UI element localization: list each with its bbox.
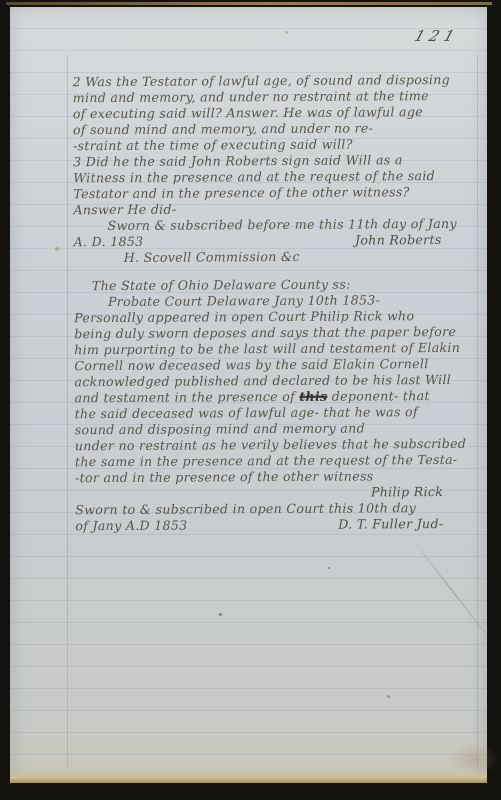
signature: Philip Rick [371,484,483,501]
paper-stain [448,742,500,776]
signature: D. T. Fuller Jud- [338,516,483,533]
line-text: Testator and in the presence of the othe… [73,184,409,202]
handwritten-line: and testament in the presence of this de… [75,388,483,406]
handwritten-line: the same in the presence and at the requ… [75,452,483,470]
line-text: 3 Did he the said John Roberts sign said… [73,152,403,170]
page-top-edge [6,2,492,5]
scanned-document-page: { "page": { "number": "121" }, "colors":… [0,0,501,800]
line-text: -tor and in the presence of the other wi… [75,468,374,486]
handwritten-line: of Jany A.D 1853D. T. Fuller Jud- [75,516,483,534]
line-text: -straint at the time of executing said w… [73,137,353,155]
handwritten-line: Philip Rick [75,484,483,502]
handwritten-line: Witness in the presence and at the reque… [73,168,481,186]
handwritten-line: H. Scovell Commission &c [74,248,482,266]
handwritten-line: A. D. 1853John Roberts [74,232,482,250]
crossed-out-word: this [299,389,327,404]
line-text: of sound mind and memory, and under no r… [73,120,373,138]
line-text: H. Scovell Commission &c [124,249,300,266]
line-text: Probate Court Delaware Jany 10th 1853- [108,292,380,310]
line-text: the said deceased was of lawful age- tha… [75,404,418,422]
paper-speck [285,31,288,34]
line-text: of Jany A.D 1853 [75,518,187,535]
left-margin-line [67,55,68,769]
line-text: The State of Ohio Delaware County ss: [92,277,351,295]
paper-speck [55,247,59,251]
handwritten-line: of executing said will? Answer. He was o… [73,104,481,122]
line-text: sound and disposing mind and memory and [75,420,365,438]
paper-speck [328,567,330,569]
paper-speck [219,613,222,616]
handwritten-text-block: 2 Was the Testator of lawful age, of sou… [73,72,484,534]
line-text: A. D. 1853 [74,234,144,250]
page-number: 121 [412,27,461,45]
paper: 121 2 Was the Testator of lawful age, of… [10,7,487,783]
line-text: Answer He did- [73,202,176,219]
line-text: the same in the presence and at the requ… [75,452,458,470]
signature: John Roberts [355,232,482,249]
paper-speck [387,695,390,698]
